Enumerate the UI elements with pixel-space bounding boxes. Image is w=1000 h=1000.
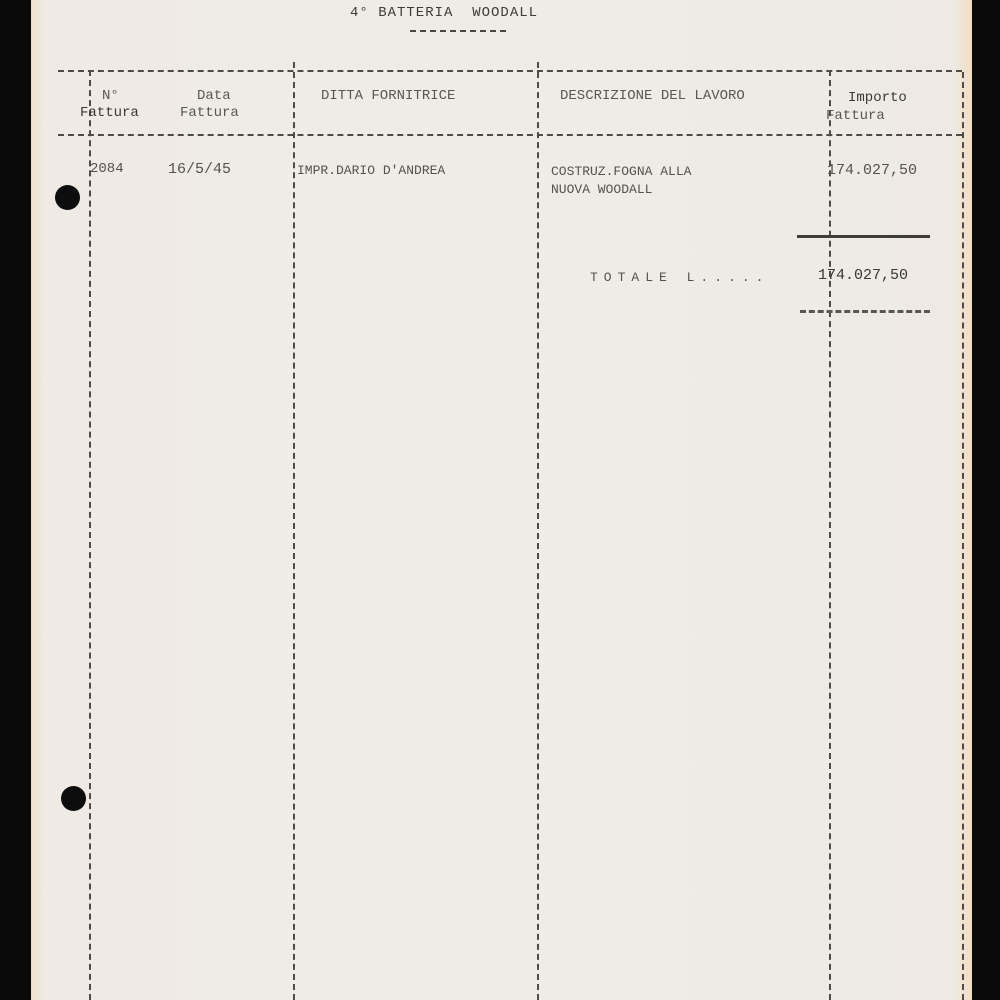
row-numero: 2084 bbox=[90, 161, 124, 177]
header-data-line1: Data bbox=[197, 88, 231, 104]
column-divider-5 bbox=[962, 72, 964, 1000]
column-divider-4 bbox=[829, 70, 831, 1000]
row-data: 16/5/45 bbox=[168, 161, 231, 178]
total-double-underline bbox=[800, 310, 930, 313]
table-top-border bbox=[58, 70, 962, 72]
header-numero-line2: Fattura bbox=[80, 105, 139, 121]
header-importo-line1: Importo bbox=[848, 90, 907, 106]
punch-hole-top bbox=[55, 185, 80, 210]
row-descrizione-line1: COSTRUZ.FOGNA ALLA bbox=[551, 164, 691, 179]
column-divider-1 bbox=[89, 70, 91, 1000]
total-rule bbox=[797, 235, 930, 238]
document-title: 4° BATTERIA WOODALL bbox=[350, 5, 538, 21]
row-descrizione-line2: NUOVA WOODALL bbox=[551, 182, 652, 197]
header-importo-line2: Fattura bbox=[826, 108, 885, 124]
column-divider-2 bbox=[293, 62, 295, 1000]
total-label: TOTALE L..... bbox=[590, 270, 769, 285]
header-ditta: DITTA FORNITRICE bbox=[321, 88, 455, 104]
header-bottom-border bbox=[58, 134, 962, 136]
header-data-line2: Fattura bbox=[180, 105, 239, 121]
row-importo: 174.027,50 bbox=[827, 162, 917, 179]
column-divider-3 bbox=[537, 62, 539, 1000]
header-descrizione: DESCRIZIONE DEL LAVORO bbox=[560, 88, 745, 104]
title-underline bbox=[410, 30, 506, 32]
total-value: 174.027,50 bbox=[818, 267, 908, 284]
punch-hole-bottom bbox=[61, 786, 86, 811]
row-ditta: IMPR.DARIO D'ANDREA bbox=[297, 163, 445, 178]
header-numero-line1: N° bbox=[102, 88, 119, 104]
